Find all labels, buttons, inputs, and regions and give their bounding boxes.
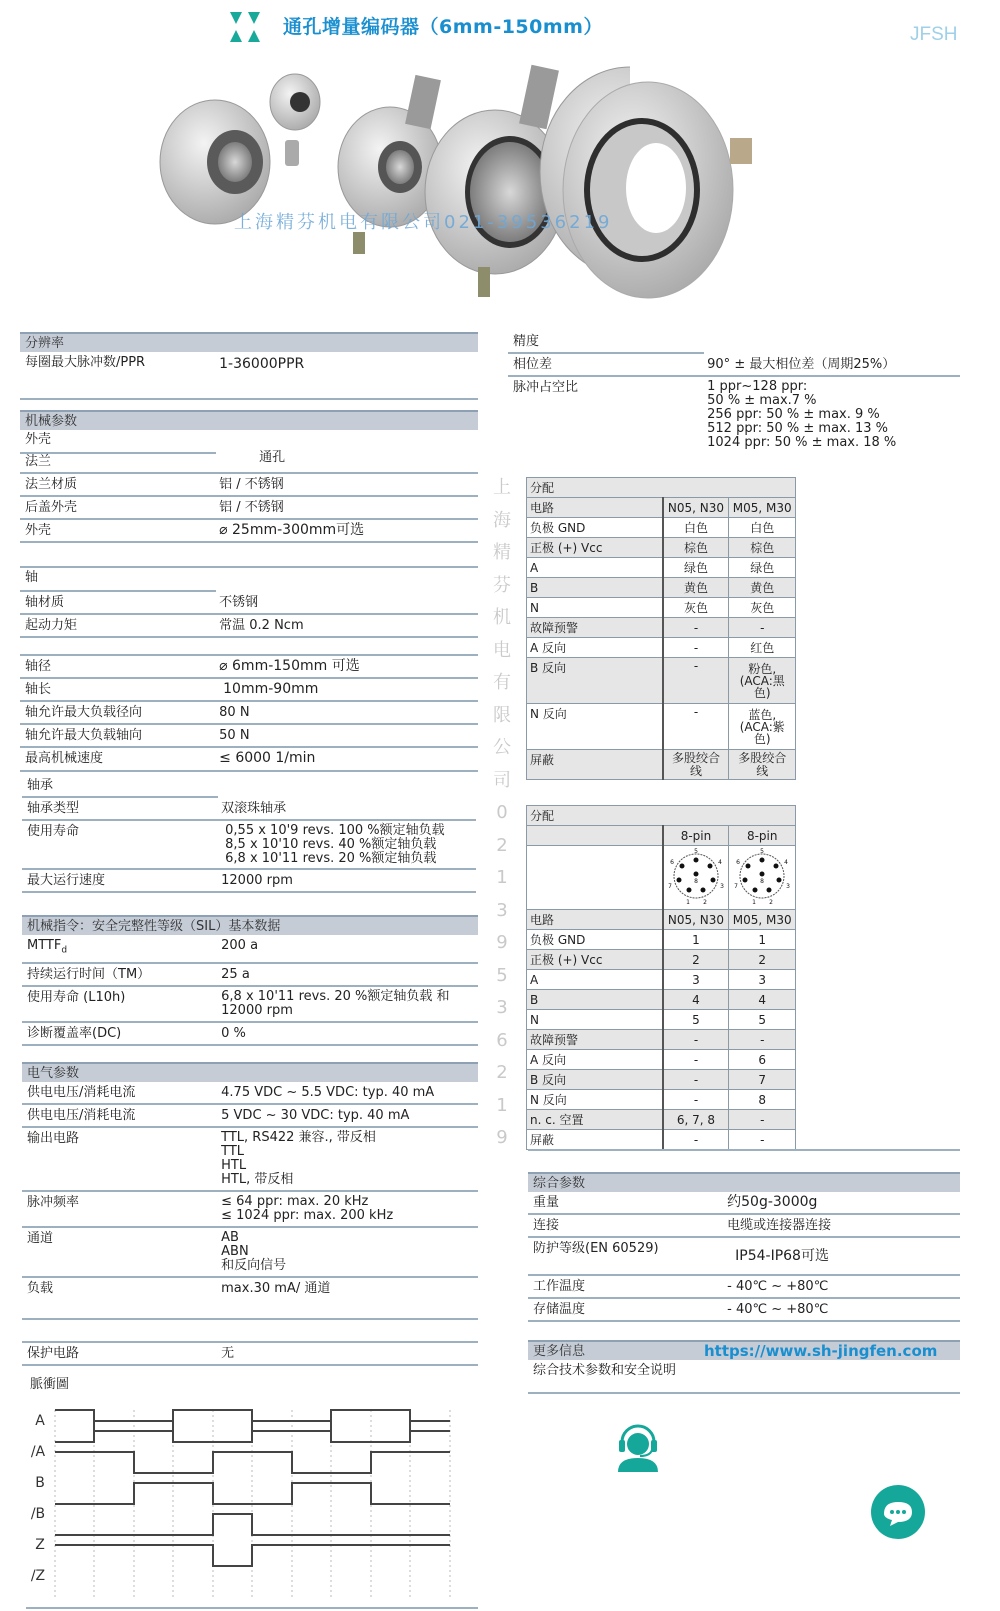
- table-cell: A: [527, 970, 663, 990]
- table-cell: 5: [663, 1010, 729, 1030]
- section-resolution: 分辨率 每圈最大脉冲数/PPR 1-36000PPR: [20, 332, 478, 400]
- table-cell: N 反向: [527, 1090, 663, 1110]
- spec-value: 铝 / 不锈钢: [219, 500, 284, 515]
- section-title: 电气参数: [22, 1062, 478, 1082]
- section-sil: 机械指令：安全完整性等级（SIL）基本数据 MTTFd 200 a 持续运行时间…: [22, 915, 478, 1046]
- table-cell: 正极 (+) Vcc: [527, 950, 663, 970]
- table-cell: 2: [663, 950, 729, 970]
- watermark-char: 5: [496, 960, 507, 993]
- spec-value: IP54-IP68可选: [727, 1241, 829, 1264]
- table-header: 电路: [527, 498, 663, 518]
- spec-value: 25 a: [221, 967, 250, 982]
- table-cell: 绿色: [729, 558, 796, 578]
- spec-label: 使用寿命: [27, 824, 217, 839]
- table-cell: 黄色: [729, 578, 796, 598]
- spec-label: 轴长: [25, 682, 215, 697]
- spec-label: 通道: [27, 1231, 217, 1246]
- section-title: 轴承: [22, 776, 476, 796]
- spec-value: ⌀ 25mm-300mm可选: [219, 523, 364, 538]
- watermark-char: 3: [496, 895, 507, 928]
- table-cell: n. c. 空置: [527, 1110, 663, 1130]
- spec-label: 诊断覆盖率(DC): [27, 1026, 217, 1041]
- sub-heading-housing: 外壳: [20, 430, 478, 450]
- table-cell: 1: [663, 930, 729, 950]
- svg-text:5: 5: [694, 848, 698, 855]
- spec-row: 防护等级(EN 60529) IP54-IP68可选: [528, 1238, 960, 1276]
- spec-value: - 40℃ ~ +80℃: [727, 1302, 828, 1317]
- table-row: 负极 GND白色白色: [527, 518, 796, 538]
- svg-text:5: 5: [760, 848, 764, 855]
- table-cell: 8: [729, 1090, 796, 1110]
- table-header: M05, M30: [729, 498, 796, 518]
- spec-label: 每圈最大脉冲数/PPR: [25, 355, 215, 370]
- table-cell: -: [663, 704, 729, 750]
- spec-label: 使用寿命 (L10h): [27, 990, 217, 1005]
- table-cell: 蓝色, (ACA:紫 色): [729, 704, 796, 750]
- spec-value: 12000 rpm: [221, 873, 293, 888]
- brand-mark: JFSH: [910, 24, 958, 46]
- spec-row: 每圈最大脉冲数/PPR 1-36000PPR: [20, 352, 478, 400]
- table-cell: -: [663, 1030, 729, 1050]
- spec-row: 外壳 ⌀ 25mm-300mm可选: [20, 520, 478, 543]
- table-cell: N 反向: [527, 704, 663, 750]
- spec-label: 防护等级(EN 60529): [533, 1241, 723, 1256]
- signal-label-z-inv: /Z: [31, 1568, 45, 1584]
- table-row: 屏蔽多股绞合 线多股绞合 线: [527, 750, 796, 780]
- table-row: 故障预警--: [527, 1030, 796, 1050]
- watermark-char: 2: [496, 1057, 507, 1090]
- watermark-char: 0: [496, 797, 507, 830]
- section-title: 精度: [508, 332, 960, 352]
- table-cell: 故障预警: [527, 618, 663, 638]
- table-cell: B: [527, 578, 663, 598]
- spec-row: 最高机械速度 ≤ 6000 1/min: [20, 748, 478, 772]
- spec-row: 轴承类型 双滚珠轴承: [22, 798, 476, 821]
- spec-label: 存储温度: [533, 1302, 723, 1317]
- section-general: 综合参数 重量 约50g-3000g 连接 电缆或连接器连接 防护等级(EN 6…: [528, 1172, 960, 1322]
- spec-value: 0,55 x 10'9 revs. 100 %额定轴负载 8,5 x 10'10…: [221, 824, 445, 866]
- table-cell: 红色: [729, 638, 796, 658]
- spec-label: 连接: [533, 1218, 723, 1233]
- pulse-diagram-title: 脈衝圖: [30, 1373, 69, 1392]
- spec-row: 供电电压/消耗电流 5 VDC ~ 30 VDC: typ. 40 mA: [22, 1105, 478, 1128]
- spec-value: max.30 mA/ 通道: [221, 1281, 330, 1296]
- table-row: N55: [527, 1010, 796, 1030]
- spec-label: 最大运行速度: [27, 873, 217, 888]
- table-cell: 6: [729, 1050, 796, 1070]
- spec-label: 相位差: [513, 357, 703, 372]
- spec-value: 200 a: [221, 938, 258, 953]
- section-mechanical: 机械参数 外壳 法兰 通孔 法兰材质 铝 / 不锈钢 后盖外壳 铝 / 不锈钢 …: [20, 410, 478, 543]
- spec-label: 供电电压/消耗电流: [27, 1108, 217, 1123]
- spec-value: 通孔: [219, 450, 285, 465]
- table-row: A 反向-红色: [527, 638, 796, 658]
- watermark-char: 2: [496, 830, 507, 863]
- section-shaft: 轴 轴材质 不锈钢 起动力矩 常温 0.2 Ncm: [20, 568, 478, 638]
- table-row: B 反向-7: [527, 1070, 796, 1090]
- watermark-char: 9: [496, 1122, 507, 1155]
- spec-row: 相位差 90° ± 最大相位差（周期25%）: [508, 354, 960, 377]
- spec-value: 80 N: [219, 705, 249, 720]
- wiring-table-cable: 分配 电路 N05, N30 M05, M30 负极 GND白色白色 正极 (+…: [526, 477, 796, 780]
- table-cell: 负极 GND: [527, 518, 663, 538]
- spec-row: 轴材质 不锈钢: [20, 592, 478, 615]
- table-cell: 4: [663, 990, 729, 1010]
- spec-label: 轴允许最大负载轴向: [25, 728, 215, 743]
- spec-row: 法兰材质 铝 / 不锈钢: [20, 474, 478, 497]
- spec-value: 1 ppr~128 ppr: 50 % ± max.7 % 256 ppr: 5…: [707, 380, 896, 450]
- section-electrical: 电气参数 供电电压/消耗电流 4.75 VDC ~ 5.5 VDC: typ. …: [22, 1062, 478, 1320]
- spec-value: 约50g-3000g: [727, 1195, 817, 1210]
- watermark-char: 电: [493, 635, 511, 668]
- table-cell: -: [663, 658, 729, 704]
- table-cell: 灰色: [663, 598, 729, 618]
- svg-text:6: 6: [736, 859, 740, 866]
- spec-row: 输出电路 TTL, RS422 兼容., 带反相 TTL HTL HTL, 带反…: [22, 1128, 478, 1192]
- chat-icon[interactable]: [870, 1484, 926, 1540]
- section-protection: 保护电路 无: [22, 1343, 478, 1366]
- spec-row: 轴长 10mm-90mm: [20, 679, 478, 702]
- table-row: 正极 (+) Vcc22: [527, 950, 796, 970]
- table-cell: -: [729, 618, 796, 638]
- svg-text:3: 3: [720, 883, 724, 890]
- spec-value: ≤ 64 ppr: max. 20 kHz ≤ 1024 ppr: max. 2…: [221, 1195, 393, 1223]
- table-row: N灰色灰色: [527, 598, 796, 618]
- watermark-char: 芬: [493, 570, 511, 603]
- watermark-char: 司: [493, 765, 511, 798]
- spec-label: 综合技术参数和安全说明: [533, 1363, 676, 1378]
- watermark-char: 有: [493, 667, 511, 700]
- table-cell: -: [663, 1070, 729, 1090]
- svg-text:8: 8: [694, 878, 698, 885]
- spec-value: 6,8 x 10'11 revs. 20 %额定轴负载 和 12000 rpm: [221, 990, 449, 1018]
- table-row: 正极 (+) Vcc棕色棕色: [527, 538, 796, 558]
- section-accuracy: 精度 相位差 90° ± 最大相位差（周期25%） 脉冲占空比 1 ppr~12…: [508, 332, 960, 453]
- connector-pinout-diagram: 56487312: [663, 846, 729, 910]
- table-row: B 反向-粉色, (ACA:黑 色): [527, 658, 796, 704]
- table-cell: 1: [729, 930, 796, 950]
- customer-service-icon[interactable]: [616, 1420, 660, 1472]
- spec-label: 重量: [533, 1195, 723, 1210]
- section-title: 机械指令：安全完整性等级（SIL）基本数据: [22, 915, 478, 935]
- spec-label: 持续运行时间（TM）: [27, 967, 217, 982]
- table-row: 屏蔽--: [527, 1130, 796, 1150]
- table-cell: -: [729, 1110, 796, 1130]
- spec-row: 存储温度 - 40℃ ~ +80℃: [528, 1299, 960, 1322]
- section-bearing: 轴承 轴承类型 双滚珠轴承 使用寿命 0,55 x 10'9 revs. 100…: [22, 776, 476, 893]
- spec-value: ≤ 6000 1/min: [219, 751, 315, 766]
- watermark-text: 上海精芬机电有限公司021-39536219: [234, 208, 612, 234]
- table-cell: 黄色: [663, 578, 729, 598]
- table-cell: -: [663, 638, 729, 658]
- spec-value: 1-36000PPR: [219, 355, 304, 372]
- wiring-table-connector: 分配 8-pin 8-pin 56487312 56487312 电路 N05,…: [526, 805, 796, 1150]
- spec-label: 输出电路: [27, 1131, 217, 1146]
- table-header: M05, M30: [729, 910, 796, 930]
- table-row: N 反向-8: [527, 1090, 796, 1110]
- table-cell: -: [663, 1090, 729, 1110]
- spec-row: 法兰 通孔: [20, 450, 478, 474]
- spec-value: 5 VDC ~ 30 VDC: typ. 40 mA: [221, 1108, 409, 1123]
- table-cell: -: [729, 1030, 796, 1050]
- section-title: 综合参数: [528, 1172, 960, 1192]
- table-title: 分配: [527, 478, 796, 498]
- table-cell: 正极 (+) Vcc: [527, 538, 663, 558]
- spec-value: 0 %: [221, 1026, 246, 1041]
- signal-label-b: B: [35, 1475, 45, 1491]
- section-title: 机械参数: [20, 410, 478, 430]
- watermark-char: 1: [496, 862, 507, 895]
- spec-label: 工作温度: [533, 1279, 723, 1294]
- watermark-char: 6: [496, 1025, 507, 1058]
- spec-value: - 40℃ ~ +80℃: [727, 1279, 828, 1294]
- signal-label-b-inv: /B: [31, 1506, 45, 1522]
- spec-row: 脉冲占空比 1 ppr~128 ppr: 50 % ± max.7 % 256 …: [508, 377, 960, 453]
- table-row: 故障预警--: [527, 618, 796, 638]
- table-cell: 3: [729, 970, 796, 990]
- watermark-char: 1: [496, 1090, 507, 1123]
- spec-value: 50 N: [219, 728, 249, 743]
- table-cell: -: [663, 1130, 729, 1150]
- svg-text:1: 1: [752, 899, 756, 906]
- watermark-char: 限: [493, 700, 511, 733]
- spec-label: 脉冲占空比: [513, 380, 703, 395]
- table-row: B黄色黄色: [527, 578, 796, 598]
- spec-row: 后盖外壳 铝 / 不锈钢: [20, 497, 478, 520]
- spec-value: 铝 / 不锈钢: [219, 477, 284, 492]
- spec-row: 最大运行速度 12000 rpm: [22, 870, 476, 893]
- spec-value: 无: [221, 1346, 234, 1361]
- product-photo-large: [558, 72, 758, 302]
- svg-text:1: 1: [686, 899, 690, 906]
- spec-label: 保护电路: [27, 1346, 217, 1361]
- table-cell: 多股绞合 线: [729, 750, 796, 780]
- svg-text:4: 4: [718, 859, 722, 866]
- spec-value: AB ABN 和反向信号: [221, 1231, 286, 1273]
- spec-row: 负载 max.30 mA/ 通道: [22, 1278, 478, 1320]
- connector-pinout-diagram: 56487312: [729, 846, 796, 910]
- spec-value: 常温 0.2 Ncm: [219, 618, 303, 633]
- spec-row: 轴径 ⌀ 6mm-150mm 可选: [20, 656, 478, 679]
- table-cell: 白色: [663, 518, 729, 538]
- watermark-char: 海: [493, 505, 511, 538]
- spec-row: 诊断覆盖率(DC) 0 %: [22, 1023, 478, 1046]
- watermark-char: 精: [493, 537, 511, 570]
- spec-label: MTTFd: [27, 938, 217, 959]
- table-row: A 反向-6: [527, 1050, 796, 1070]
- table-cell: 白色: [729, 518, 796, 538]
- svg-text:3: 3: [786, 883, 790, 890]
- spec-label: 轴允许最大负载径向: [25, 705, 215, 720]
- table-cell: 棕色: [729, 538, 796, 558]
- svg-text:4: 4: [784, 859, 788, 866]
- spec-value: 90° ± 最大相位差（周期25%）: [707, 357, 895, 372]
- spec-value: 不锈钢: [219, 595, 258, 610]
- spec-row: 供电电压/消耗电流 4.75 VDC ~ 5.5 VDC: typ. 40 mA: [22, 1082, 478, 1105]
- watermark-char: 上: [493, 472, 511, 505]
- table-row: N 反向-蓝色, (ACA:紫 色): [527, 704, 796, 750]
- svg-text:7: 7: [734, 883, 738, 890]
- table-cell: 6, 7, 8: [663, 1110, 729, 1130]
- svg-text:2: 2: [769, 899, 773, 906]
- table-cell: A 反向: [527, 1050, 663, 1070]
- table-cell: A 反向: [527, 638, 663, 658]
- spec-value: 双滚珠轴承: [221, 801, 286, 816]
- spec-label: 轴材质: [25, 595, 215, 610]
- spec-row: MTTFd 200 a: [22, 935, 478, 964]
- spec-label: 后盖外壳: [25, 500, 215, 515]
- table-cell: 绿色: [663, 558, 729, 578]
- spec-value: TTL, RS422 兼容., 带反相 TTL HTL HTL, 带反相: [221, 1131, 376, 1187]
- svg-text:2: 2: [703, 899, 707, 906]
- table-cell: N: [527, 598, 663, 618]
- table-cell: 多股绞合 线: [663, 750, 729, 780]
- spec-label: 供电电压/消耗电流: [27, 1085, 217, 1100]
- watermark-char: 公: [493, 732, 511, 765]
- table-cell: -: [663, 1050, 729, 1070]
- table-row: n. c. 空置6, 7, 8-: [527, 1110, 796, 1130]
- spec-label: 脉冲频率: [27, 1195, 217, 1210]
- spec-value: 电缆或连接器连接: [727, 1218, 831, 1233]
- spec-row: 轴允许最大负载径向 80 N: [20, 702, 478, 725]
- vertical-watermark: 上 海 精 芬 机 电 有 限 公 司 0 2 1 3 9 5 3 6 2 1 …: [491, 472, 513, 1155]
- table-cell: N: [527, 1010, 663, 1030]
- spec-value: ⌀ 6mm-150mm 可选: [219, 659, 360, 674]
- table-cell: B 反向: [527, 1070, 663, 1090]
- spec-label: 负载: [27, 1281, 217, 1296]
- table-cell: 负极 GND: [527, 930, 663, 950]
- spec-row: 起动力矩 常温 0.2 Ncm: [20, 615, 478, 638]
- spec-label: 法兰: [25, 454, 215, 469]
- watermark-char: 3: [496, 992, 507, 1025]
- spec-row: 持续运行时间（TM） 25 a: [22, 964, 478, 987]
- svg-text:7: 7: [668, 883, 672, 890]
- table-title: 分配: [527, 806, 796, 826]
- spec-row: 轴允许最大负载轴向 50 N: [20, 725, 478, 748]
- section-title: 分辨率: [20, 332, 478, 352]
- table-row: A33: [527, 970, 796, 990]
- signal-label-a: A: [35, 1413, 45, 1429]
- table-cell: 粉色, (ACA:黑 色): [729, 658, 796, 704]
- page-title: 通孔增量编码器（6mm-150mm）: [283, 12, 603, 39]
- spec-label: 最高机械速度: [25, 751, 215, 766]
- spec-row: 保护电路 无: [22, 1343, 478, 1366]
- table-cell: 屏蔽: [527, 750, 663, 780]
- watermark-char: 机: [493, 602, 511, 635]
- table-cell: 灰色: [729, 598, 796, 618]
- table-cell: 故障预警: [527, 1030, 663, 1050]
- table-cell: -: [663, 618, 729, 638]
- table-header: N05, N30: [663, 498, 729, 518]
- table-row: A绿色绿色: [527, 558, 796, 578]
- watermark-char: 9: [496, 927, 507, 960]
- table-cell: 屏蔽: [527, 1130, 663, 1150]
- table-row: B44: [527, 990, 796, 1010]
- spec-label: 轴承类型: [27, 801, 217, 816]
- spec-label: 法兰材质: [25, 477, 215, 492]
- spec-row: 工作温度 - 40℃ ~ +80℃: [528, 1276, 960, 1299]
- spec-label: 起动力矩: [25, 618, 215, 633]
- spec-row: 脉冲频率 ≤ 64 ppr: max. 20 kHz ≤ 1024 ppr: m…: [22, 1192, 478, 1228]
- spec-value: 4.75 VDC ~ 5.5 VDC: typ. 40 mA: [221, 1085, 434, 1100]
- svg-text:8: 8: [760, 878, 764, 885]
- table-cell: 2: [729, 950, 796, 970]
- table-cell: B 反向: [527, 658, 663, 704]
- website-link[interactable]: https://www.sh-jingfen.com: [704, 1342, 937, 1360]
- spec-value: 10mm-90mm: [219, 682, 318, 697]
- table-cell: 4: [729, 990, 796, 1010]
- pin-type: 8-pin: [663, 826, 729, 846]
- spec-label: 轴径: [25, 659, 215, 674]
- table-cell: -: [729, 1130, 796, 1150]
- logo-icon: [228, 10, 262, 44]
- spec-row: 通道 AB ABN 和反向信号: [22, 1228, 478, 1278]
- table-cell: 3: [663, 970, 729, 990]
- table-row: 负极 GND11: [527, 930, 796, 950]
- table-cell: B: [527, 990, 663, 1010]
- pin-type: 8-pin: [729, 826, 796, 846]
- signal-label-a-inv: /A: [31, 1444, 46, 1460]
- spec-row: 重量 约50g-3000g: [528, 1192, 960, 1215]
- table-header: N05, N30: [663, 910, 729, 930]
- section-shaft-dims: 轴径 ⌀ 6mm-150mm 可选 轴长 10mm-90mm 轴允许最大负载径向…: [20, 656, 478, 772]
- table-cell: 7: [729, 1070, 796, 1090]
- spec-row: 使用寿命 0,55 x 10'9 revs. 100 %额定轴负载 8,5 x …: [22, 821, 476, 870]
- spec-row: 使用寿命 (L10h) 6,8 x 10'11 revs. 20 %额定轴负载 …: [22, 987, 478, 1023]
- table-cell: 5: [729, 1010, 796, 1030]
- table-cell: A: [527, 558, 663, 578]
- spec-row: 综合技术参数和安全说明: [528, 1360, 960, 1394]
- spec-label: 外壳: [25, 523, 215, 538]
- pulse-timing-diagram: A /A B /B Z /Z: [22, 1400, 478, 1610]
- spec-row: 连接 电缆或连接器连接: [528, 1215, 960, 1238]
- signal-label-z: Z: [35, 1537, 45, 1553]
- table-cell: 棕色: [663, 538, 729, 558]
- svg-text:6: 6: [670, 859, 674, 866]
- section-title: 轴: [20, 568, 478, 590]
- table-header: 电路: [527, 910, 663, 930]
